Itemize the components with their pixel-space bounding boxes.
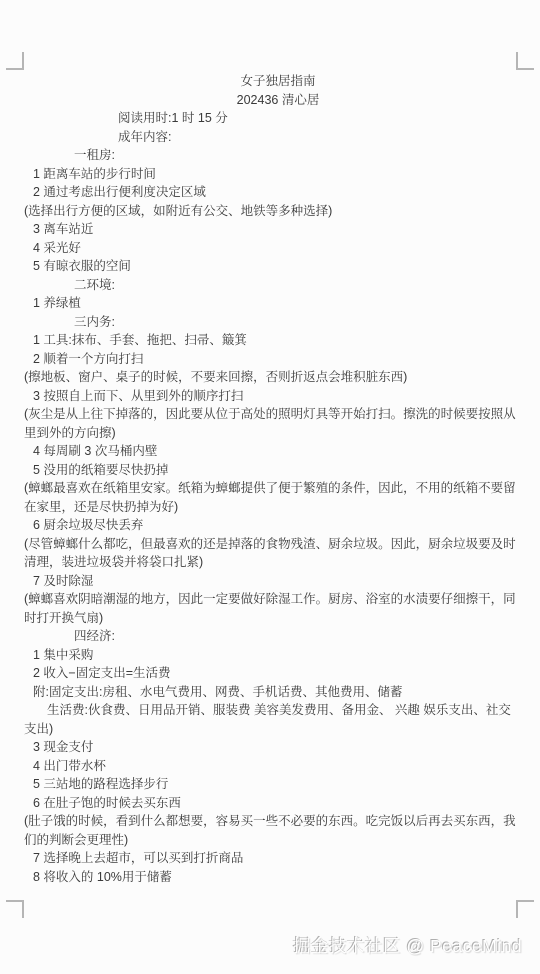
doc-line: 6 厨余垃圾尽快丢弃 [24, 516, 516, 535]
doc-line: 阅读用时:1 时 15 分 [24, 109, 516, 128]
doc-line: 1 集中采购 [24, 646, 516, 665]
doc-line: 一租房: [24, 146, 516, 165]
document-body: 女子独居指南202436 清心居阅读用时:1 时 15 分成年内容:一租房:1 … [24, 72, 516, 886]
doc-line: (擦地板、窗户、桌子的时候，不要来回擦，否则折返点会堆积脏东西) [24, 368, 516, 387]
doc-line: 3 按照自上而下、从里到外的顺序打扫 [24, 387, 516, 406]
page-corner-mark-bottom-right [516, 900, 534, 918]
document-page: 女子独居指南202436 清心居阅读用时:1 时 15 分成年内容:一租房:1 … [0, 0, 540, 974]
doc-line: 202436 清心居 [24, 91, 516, 110]
doc-line: 二环境: [24, 276, 516, 295]
doc-line: 2 通过考虑出行便利度决定区域 [24, 183, 516, 202]
doc-line: (蟑螂喜欢阴暗潮湿的地方，因此一定要做好除湿工作。厨房、浴室的水渍要仔细擦干，同 [24, 590, 516, 609]
doc-line: 4 采光好 [24, 239, 516, 258]
doc-line: 支出) [24, 720, 516, 739]
doc-line: 1 距离车站的步行时间 [24, 165, 516, 184]
doc-line: (灰尘是从上往下掉落的，因此要从位于高处的照明灯具等开始打扫。擦洗的时候要按照从 [24, 405, 516, 424]
page-corner-mark-top-right [516, 52, 534, 70]
doc-line: (肚子饿的时候，看到什么都想要，容易买一些不必要的东西。吃完饭以后再去买东西，我 [24, 812, 516, 831]
doc-line: 四经济: [24, 627, 516, 646]
doc-line: 们的判断会更理性) [24, 831, 516, 850]
doc-line: 时打开换气扇) [24, 609, 516, 628]
doc-line: 5 有晾衣服的空间 [24, 257, 516, 276]
doc-line: 5 没用的纸箱要尽快扔掉 [24, 461, 516, 480]
doc-line: 2 顺着一个方向打扫 [24, 350, 516, 369]
doc-line: 3 现金支付 [24, 738, 516, 757]
doc-line: 4 每周刷 3 次马桶内壁 [24, 442, 516, 461]
doc-line: 成年内容: [24, 128, 516, 147]
doc-line: 3 离车站近 [24, 220, 516, 239]
watermark: 掘金技术社区 @ PeaceMind [293, 933, 522, 958]
page-corner-mark-bottom-left [6, 900, 24, 918]
doc-line: (尽管蟑螂什么都吃，但最喜欢的还是掉落的食物残渣、厨余垃圾。因此，厨余垃圾要及时 [24, 535, 516, 554]
doc-line: 女子独居指南 [24, 72, 516, 91]
doc-line: 生活费:伙食费、日用品开销、服装费 美容美发费用、备用金、 兴趣 娱乐支出、社交 [24, 701, 516, 720]
doc-line: 6 在肚子饱的时候去买东西 [24, 794, 516, 813]
doc-line: 5 三站地的路程选择步行 [24, 775, 516, 794]
doc-line: 7 选择晚上去超市，可以买到打折商品 [24, 849, 516, 868]
page-corner-mark-top-left [6, 52, 24, 70]
doc-line: 附:固定支出:房租、水电气费用、网费、手机话费、其他费用、储蓄 [24, 683, 516, 702]
doc-line: (蟑螂最喜欢在纸箱里安家。纸箱为蟑螂提供了便于繁殖的条件，因此，不用的纸箱不要留 [24, 479, 516, 498]
doc-line: 1 养绿植 [24, 294, 516, 313]
doc-line: 7 及时除湿 [24, 572, 516, 591]
doc-line: 清理，装进垃圾袋并将袋口扎紧) [24, 553, 516, 572]
doc-line: 在家里，还是尽快扔掉为好) [24, 498, 516, 517]
doc-line: 1 工具:抹布、手套、拖把、扫帚、簸箕 [24, 331, 516, 350]
doc-line: 三内务: [24, 313, 516, 332]
doc-line: 2 收入−固定支出=生活费 [24, 664, 516, 683]
doc-line: 4 出门带水杯 [24, 757, 516, 776]
doc-line: 里到外的方向擦) [24, 424, 516, 443]
doc-line: (选择出行方便的区域，如附近有公交、地铁等多种选择) [24, 202, 516, 221]
doc-line: 8 将收入的 10%用于储蓄 [24, 868, 516, 887]
